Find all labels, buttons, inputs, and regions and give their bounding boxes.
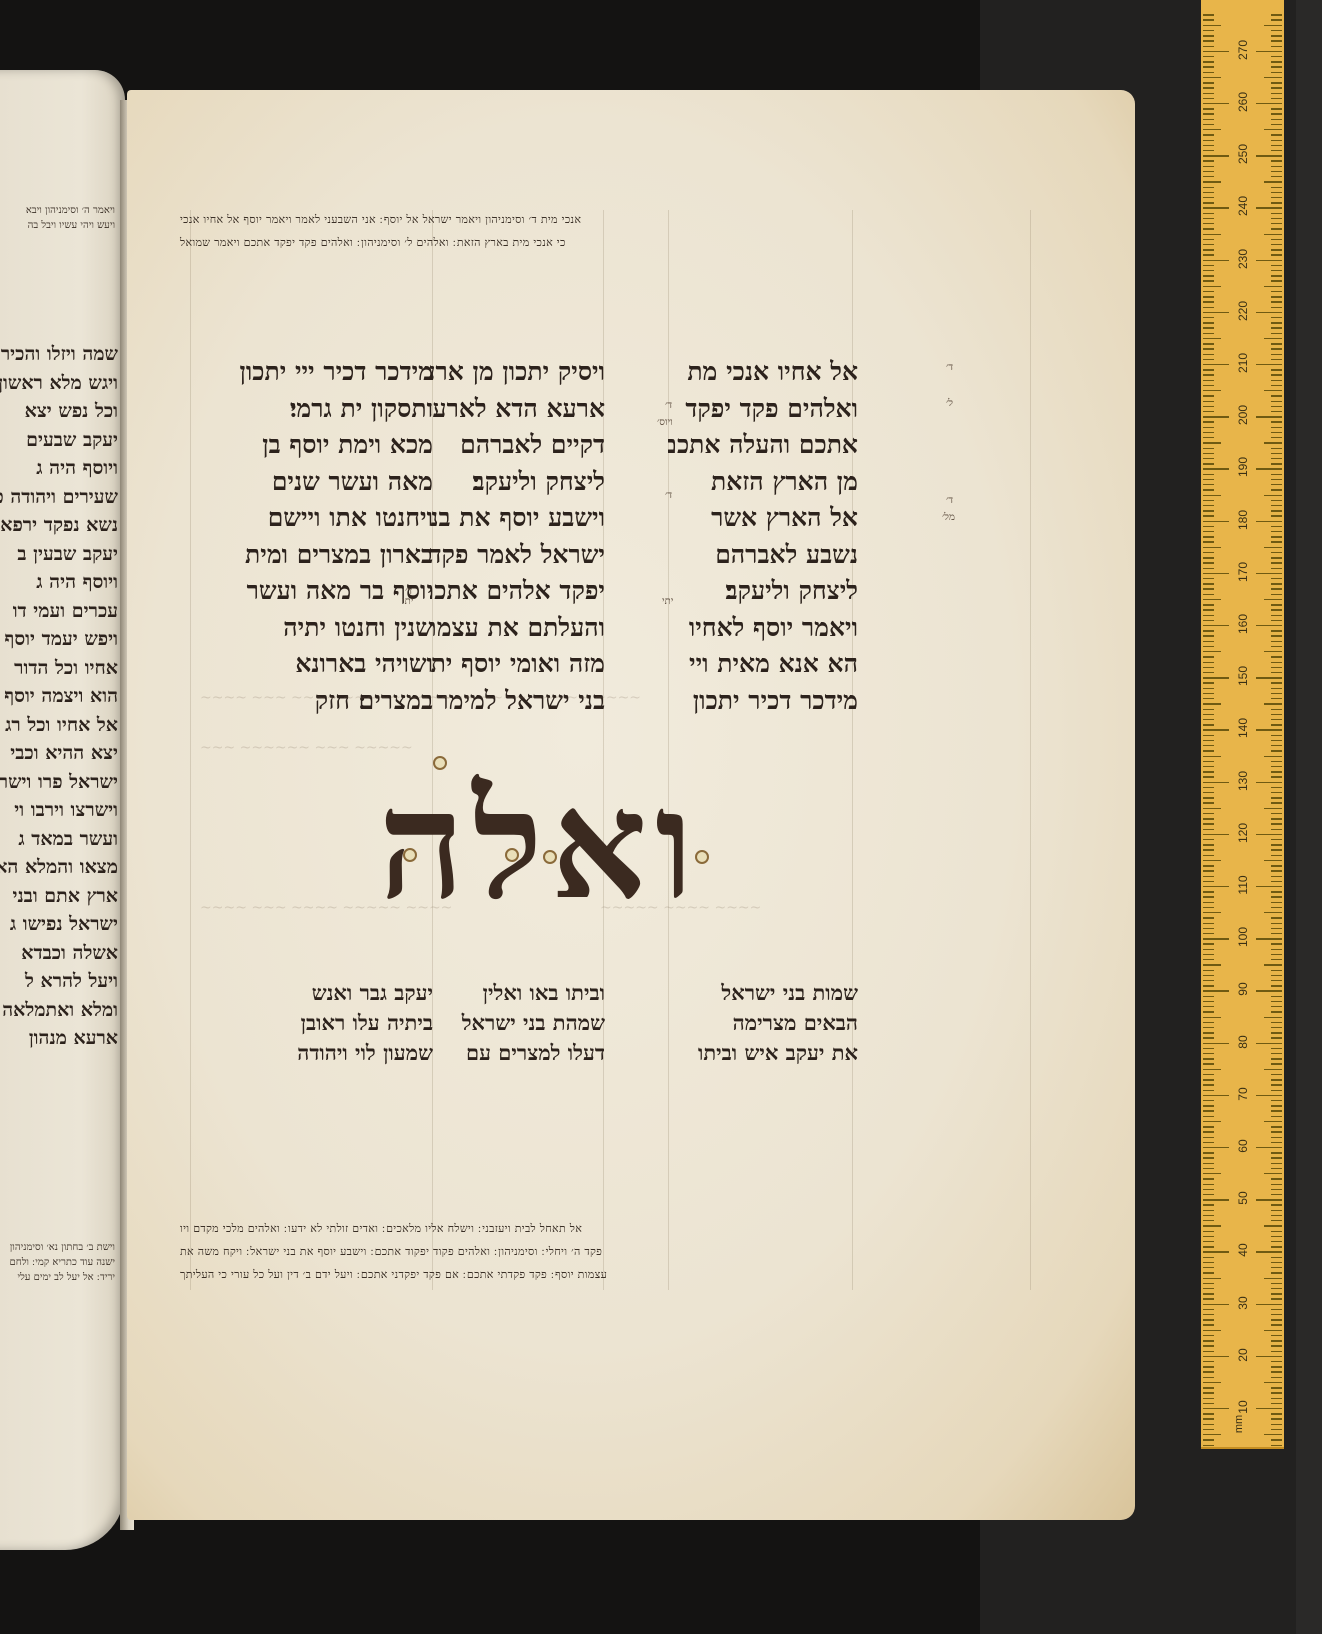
ruler-tick — [1203, 244, 1214, 245]
text-line: נשבע לאברהם — [668, 537, 858, 574]
ruler-tick — [1271, 124, 1282, 125]
ruler-tick — [1271, 1058, 1282, 1059]
ruler-tick — [1203, 1304, 1229, 1305]
ruler-tick — [1203, 844, 1214, 845]
ruler-tick — [1271, 1403, 1282, 1404]
ruler-tick — [1203, 1335, 1214, 1336]
ruler-tick — [1203, 1110, 1214, 1111]
ruler-tick — [1203, 1356, 1229, 1357]
ruler-tick — [1264, 234, 1282, 235]
text-line: אל אחיו וכל רג — [0, 711, 118, 740]
ruler-tick — [1203, 531, 1214, 532]
text-line: יוסף בר מאה ועשר — [183, 573, 433, 610]
masorah-magna-top-line: אנכי מית ד׳ וסימניהון ויאמר ישראל אל יוס… — [180, 213, 1130, 226]
text-line: אל הארץ אשר — [668, 500, 858, 537]
ruler-tick — [1271, 72, 1282, 73]
ruler-tick — [1203, 354, 1214, 355]
ruler-tick — [1203, 1236, 1214, 1237]
ruler-tick — [1271, 641, 1282, 642]
ruler-tick — [1203, 1090, 1214, 1091]
verso-masorah-line: ישנה עוד כתריא קמי ׃ ולחם — [0, 1257, 115, 1268]
ruler-tick — [1271, 1126, 1282, 1127]
ruler-tick — [1271, 30, 1282, 31]
ruler-tick — [1203, 745, 1214, 746]
ruler-tick — [1203, 1152, 1214, 1153]
text-line: ויחנטו אתו ויישם — [183, 500, 433, 537]
marginal-note: ויוס׳ — [657, 417, 673, 428]
ruler-tick — [1203, 682, 1214, 683]
ruler-tick — [1271, 1351, 1282, 1352]
ruler-tick — [1203, 239, 1214, 240]
ruler-tick — [1271, 213, 1282, 214]
ruler-tick — [1271, 667, 1282, 668]
ruler-tick — [1264, 1434, 1282, 1435]
ruler-tick — [1203, 343, 1214, 344]
ruler-tick-label: 170 — [1236, 556, 1250, 588]
ruler-tick — [1203, 1387, 1214, 1388]
text-line: ליצחק וליעקב׃ — [430, 464, 605, 501]
ruler-tick — [1203, 187, 1214, 188]
ruler-tick — [1203, 1043, 1229, 1044]
ruler-tick — [1203, 1063, 1214, 1064]
ruler-tick — [1203, 327, 1214, 328]
ruler-tick-label: 10 — [1236, 1391, 1250, 1423]
ruler-tick — [1271, 844, 1282, 845]
ruler-tick — [1203, 374, 1214, 375]
ruler-tick — [1271, 1387, 1282, 1388]
ruler-tick — [1271, 150, 1282, 151]
ruler-tick — [1203, 677, 1229, 678]
ruler-tick — [1271, 771, 1282, 772]
ruler-tick — [1264, 1278, 1282, 1279]
ruler-tick — [1203, 1231, 1214, 1232]
ruler-tick — [1203, 176, 1214, 177]
text-line: בארון במצרים ומית — [183, 537, 433, 574]
ruler-tick — [1203, 359, 1214, 360]
ruler-tick — [1203, 1392, 1214, 1393]
ruler-tick — [1271, 849, 1282, 850]
ruler-tick — [1271, 865, 1282, 866]
text-line: אשלה וכבדא — [0, 939, 118, 968]
ruler-tick — [1203, 1314, 1214, 1315]
ruling-line — [1030, 210, 1031, 1290]
ruler-tick-label: 130 — [1236, 765, 1250, 797]
text-column-upper-left: מידכר דכיר ייי יתכוןותסקון ית גרמי׃מכא ו… — [183, 354, 433, 719]
gold-dot-ornament — [403, 848, 417, 862]
ruler-tick — [1271, 108, 1282, 109]
text-line: וביתו באו ואלין — [430, 978, 605, 1008]
ruler-tick — [1271, 427, 1282, 428]
ruler-tick — [1203, 547, 1221, 548]
ruler-tick — [1203, 1267, 1214, 1268]
ruler-tick — [1203, 980, 1214, 981]
ruler-tick — [1271, 1022, 1282, 1023]
ruler-tick — [1203, 30, 1214, 31]
ruler-tick-label: 120 — [1236, 817, 1250, 849]
ruler-tick — [1271, 437, 1282, 438]
ruler-tick — [1203, 35, 1214, 36]
ruler-tick — [1256, 103, 1282, 104]
ruler-tick — [1264, 77, 1282, 78]
ruler-tick — [1203, 656, 1214, 657]
ruler-tick — [1271, 479, 1282, 480]
ruler-tick — [1203, 907, 1214, 908]
ruler-tick — [1256, 782, 1282, 783]
ruler-tick — [1203, 1418, 1214, 1419]
text-line: ארץ אתם ובני — [0, 882, 118, 911]
ruler-tick — [1271, 823, 1282, 824]
ruler-tick — [1203, 813, 1214, 814]
ruler-tick — [1271, 1293, 1282, 1294]
ruler-tick-label: 250 — [1236, 138, 1250, 170]
ruler-tick — [1271, 656, 1282, 657]
ruler-tick — [1203, 416, 1229, 417]
text-line: וישבע יוסף את בני — [430, 500, 605, 537]
ruler-tick — [1256, 886, 1282, 887]
ruler-tick — [1271, 322, 1282, 323]
ruler-tick — [1203, 479, 1214, 480]
ruler-tick — [1271, 761, 1282, 762]
ruler-tick — [1203, 296, 1214, 297]
ruler-tick — [1203, 1215, 1214, 1216]
ruler-tick — [1271, 270, 1282, 271]
ruler-tick — [1203, 223, 1214, 224]
ruler-tick — [1271, 66, 1282, 67]
ruler-tick — [1256, 729, 1282, 730]
ruler-tick — [1203, 1413, 1214, 1414]
ruler-tick — [1203, 228, 1214, 229]
ruler-tick — [1203, 495, 1221, 496]
ruler-tick — [1264, 860, 1282, 861]
ruler-tick-label: 90 — [1236, 973, 1250, 1005]
ruler-tick — [1203, 1262, 1214, 1263]
ruler-tick — [1203, 578, 1214, 579]
ruler-tick — [1203, 735, 1214, 736]
text-column-upper-middle: ויסיק יתכון מן ארעאארעא הדא לארעאדקיים ל… — [430, 354, 605, 719]
ruler-tick — [1203, 301, 1214, 302]
ruler-tick — [1264, 1017, 1282, 1018]
ruler-tick — [1271, 228, 1282, 229]
ruler-tick — [1203, 1340, 1214, 1341]
ruler-tick — [1271, 1241, 1282, 1242]
ruler-tick — [1203, 275, 1214, 276]
ruler-tick — [1271, 19, 1282, 20]
ruler-tick — [1271, 578, 1282, 579]
ruler-tick — [1271, 301, 1282, 302]
ruler-tick — [1271, 1090, 1282, 1091]
ruler-tick — [1203, 886, 1229, 887]
ruler-tick — [1271, 453, 1282, 454]
ruler-tick — [1203, 1434, 1221, 1435]
text-line: שמהת בני ישראל — [430, 1008, 605, 1038]
ruler-tick — [1271, 359, 1282, 360]
ruler-tick — [1203, 14, 1214, 15]
ruler-tick — [1271, 928, 1282, 929]
ruler-tick — [1203, 1225, 1221, 1226]
ruler-tick-label: 150 — [1236, 660, 1250, 692]
ruler-tick — [1271, 839, 1282, 840]
ruler-tick — [1264, 756, 1282, 757]
ruler-tick — [1203, 740, 1214, 741]
ruler-tick — [1271, 1314, 1282, 1315]
ruler-tick — [1271, 87, 1282, 88]
ruler-tick — [1271, 1137, 1282, 1138]
ruler-tick — [1271, 1413, 1282, 1414]
text-column-lower-left: יעקב גבר ואנשביתיה עלו ראובןשמעון לוי וי… — [183, 978, 433, 1068]
ruler-tick — [1203, 756, 1221, 757]
text-column-lower-right: שמות בני ישראלהבאים מצרימהאת יעקב איש וב… — [668, 978, 858, 1068]
ruler-tick — [1271, 787, 1282, 788]
ruler-tick — [1271, 374, 1282, 375]
ruler-tick — [1271, 401, 1282, 402]
ruler-tick — [1203, 771, 1214, 772]
ruler-tick — [1271, 1215, 1282, 1216]
ruler-tick — [1203, 1324, 1214, 1325]
ruler-tick — [1203, 421, 1214, 422]
ruler-tick — [1203, 599, 1221, 600]
ruler-tick — [1203, 938, 1229, 939]
ruler-tick — [1271, 698, 1282, 699]
ruler-tick — [1203, 703, 1221, 704]
ruler-tick — [1271, 635, 1282, 636]
ruler-tick — [1264, 390, 1282, 391]
ruler-tick — [1203, 51, 1229, 52]
ruler-tick — [1271, 943, 1282, 944]
ruler-tick — [1256, 1304, 1282, 1305]
ruler-tick — [1271, 970, 1282, 971]
ruler-tick — [1271, 119, 1282, 120]
ruler-tick — [1271, 202, 1282, 203]
ruler-tick — [1203, 234, 1221, 235]
ruler-tick — [1203, 562, 1214, 563]
text-line: ואלהים פקד יפקד — [668, 391, 858, 428]
ruler-tick — [1256, 625, 1282, 626]
ruler-tick — [1271, 1246, 1282, 1247]
text-line: יעקב גבר ואנש — [183, 978, 433, 1008]
ruler-tick — [1271, 14, 1282, 15]
ruler-tick — [1271, 166, 1282, 167]
ruler-tick — [1264, 547, 1282, 548]
ruler-tick — [1271, 891, 1282, 892]
ruler-tick — [1271, 1053, 1282, 1054]
ruler-tick — [1271, 688, 1282, 689]
ruler-tick — [1203, 552, 1214, 553]
ruler-tick — [1271, 1377, 1282, 1378]
ruler-tick — [1271, 1001, 1282, 1002]
ruler-tick — [1203, 218, 1214, 219]
ruler-tick — [1203, 1147, 1229, 1148]
ruler-tick — [1271, 1027, 1282, 1028]
text-line: מכא וימת יוסף בן — [183, 427, 433, 464]
text-line: דקיים לאברהם — [430, 427, 605, 464]
ruler-tick — [1271, 1445, 1282, 1446]
ruler-tick — [1271, 275, 1282, 276]
ruler-tick — [1203, 432, 1214, 433]
ruler-tick — [1264, 1121, 1282, 1122]
ruler-tick — [1271, 176, 1282, 177]
text-line: אחיו וכל הדור — [0, 654, 118, 683]
ruler-tick — [1271, 1100, 1282, 1101]
ruler-tick — [1203, 620, 1214, 621]
ruler-tick-label: 20 — [1236, 1339, 1250, 1371]
ruler-tick — [1203, 766, 1214, 767]
ruler-tick — [1203, 129, 1221, 130]
text-line: שמות בני ישראל — [668, 978, 858, 1008]
ruler-tick — [1271, 792, 1282, 793]
ruler-tick — [1203, 380, 1214, 381]
ruler-tick — [1203, 557, 1214, 558]
ruler-tick — [1256, 260, 1282, 261]
ruler-tick — [1203, 1293, 1214, 1294]
ruler-tick — [1271, 923, 1282, 924]
ruler-tick — [1203, 1053, 1214, 1054]
measurement-ruler: mm 1020304050607080901001101201301401501… — [1201, 0, 1284, 1449]
ruler-tick — [1271, 218, 1282, 219]
ruler-tick — [1264, 964, 1282, 965]
ruler-tick — [1203, 40, 1214, 41]
ruler-tick — [1203, 1121, 1221, 1122]
ruler-tick — [1203, 474, 1214, 475]
verso-masorah-line: ויעש ויהי עשיו ויבל בה — [0, 220, 115, 231]
background-edge-strip — [1296, 0, 1322, 1634]
ruler-tick — [1203, 521, 1229, 522]
text-line: מצאו והמלא הא — [0, 853, 118, 882]
marginal-note: יתי — [662, 596, 673, 607]
ruler-tick — [1203, 1424, 1214, 1425]
ruler-tick — [1271, 959, 1282, 960]
ruler-tick — [1256, 677, 1282, 678]
ruler-tick — [1203, 19, 1214, 20]
ruler-tick — [1203, 1131, 1214, 1132]
ruler-tick — [1256, 1408, 1282, 1409]
ruler-tick — [1271, 249, 1282, 250]
ruler-tick — [1271, 1163, 1282, 1164]
text-line: את יעקב איש וביתו — [668, 1038, 858, 1068]
ruler-tick — [1203, 265, 1214, 266]
ruler-tick — [1203, 1173, 1221, 1174]
ruler-tick — [1271, 296, 1282, 297]
ruler-tick — [1203, 463, 1214, 464]
text-line: שמעון לוי ויהודה — [183, 1038, 433, 1068]
text-line: ביתיה עלו ראובן — [183, 1008, 433, 1038]
ruler-tick — [1203, 453, 1214, 454]
ruler-tick — [1256, 1251, 1282, 1252]
ruler-tick — [1203, 1037, 1214, 1038]
ruler-tick — [1203, 1048, 1214, 1049]
ruler-tick — [1271, 1392, 1282, 1393]
ruler-tick — [1271, 489, 1282, 490]
ruler-tick — [1271, 1037, 1282, 1038]
ruler-tick — [1264, 495, 1282, 496]
ruler-tick-label: 240 — [1236, 190, 1250, 222]
text-line: ויסיק יתכון מן ארעא — [430, 354, 605, 391]
text-line: יפקד אלהים אתכם — [430, 573, 605, 610]
ruler-tick — [1256, 1147, 1282, 1148]
ruler-tick — [1203, 103, 1229, 104]
ruler-tick — [1203, 1272, 1214, 1273]
ruler-tick — [1271, 291, 1282, 292]
gold-dot-ornament — [695, 850, 709, 864]
ruler-tick — [1203, 818, 1214, 819]
ruler-tick — [1271, 813, 1282, 814]
ruler-tick-label: 30 — [1236, 1287, 1250, 1319]
ruler-tick — [1203, 594, 1214, 595]
ruler-tick — [1271, 1084, 1282, 1085]
ruler-tick — [1203, 1257, 1214, 1258]
verso-masorah-line: וישת ב׳ בחתון נא׳ וסימניהון — [0, 1242, 115, 1253]
ruler-tick — [1203, 140, 1214, 141]
text-line: דעלו למצרים עם — [430, 1038, 605, 1068]
ruler-tick — [1203, 923, 1214, 924]
ruler-tick — [1271, 265, 1282, 266]
ruler-tick — [1271, 568, 1282, 569]
ruler-tick — [1203, 954, 1214, 955]
ruler-tick — [1203, 1017, 1221, 1018]
ruler-tick — [1203, 698, 1214, 699]
ruler-tick — [1203, 406, 1214, 407]
ruler-tick — [1203, 411, 1214, 412]
ruler-tick — [1271, 714, 1282, 715]
text-line: מאה ועשר שנים — [183, 464, 433, 501]
ruler-tick — [1271, 881, 1282, 882]
ruler-tick — [1271, 552, 1282, 553]
text-column-lower-middle: וביתו באו ואליןשמהת בני ישראלדעלו למצרים… — [430, 978, 605, 1068]
ruler-tick — [1271, 693, 1282, 694]
ruler-tick — [1203, 197, 1214, 198]
text-line: מזה ואומי יוסף ית — [430, 646, 605, 683]
ruler-tick — [1271, 615, 1282, 616]
ruler-tick — [1203, 985, 1214, 986]
ruler-tick — [1256, 1199, 1282, 1200]
ruler-tick — [1271, 187, 1282, 188]
ruler-tick — [1203, 1011, 1214, 1012]
gold-dot-ornament — [433, 756, 447, 770]
text-line: שמה ויזלו והכיר — [0, 340, 118, 369]
ruler-tick-label: 80 — [1236, 1026, 1250, 1058]
gold-dot-ornament — [543, 850, 557, 864]
text-column-upper-right: אל אחיו אנכי מתואלהים פקד יפקדאתכם והעלה… — [668, 354, 858, 719]
ruler-tick — [1203, 970, 1214, 971]
ruler-tick — [1203, 896, 1214, 897]
ruler-tick — [1203, 902, 1214, 903]
gold-dot-ornament — [505, 848, 519, 862]
ruler-tick — [1203, 761, 1214, 762]
verso-text-column: שמה ויזלו והכירויגש מלא ראשוןוכל נפש יצא… — [0, 340, 118, 1053]
text-line: ליצחק וליעקב׃ — [668, 573, 858, 610]
text-line: ישראל נפישו ג — [0, 910, 118, 939]
ruler-tick — [1271, 1345, 1282, 1346]
ruler-tick — [1271, 354, 1282, 355]
ruler-tick — [1203, 254, 1214, 255]
ruler-tick — [1271, 870, 1282, 871]
ruler-tick — [1203, 364, 1229, 365]
ruler-tick — [1203, 975, 1214, 976]
ruler-tick — [1271, 954, 1282, 955]
ruler-tick — [1271, 1220, 1282, 1221]
ruler-tick-label: 110 — [1236, 869, 1250, 901]
ruler-tick — [1264, 1382, 1282, 1383]
ruler-tick — [1203, 641, 1214, 642]
text-line: נשא נפקד ירפא — [0, 511, 118, 540]
ruler-tick — [1271, 1429, 1282, 1430]
ruler-tick — [1264, 651, 1282, 652]
ruler-tick — [1203, 724, 1214, 725]
ruler-tick — [1271, 317, 1282, 318]
ruler-tick — [1203, 1251, 1229, 1252]
text-line: ויוסף היה ג — [0, 568, 118, 597]
ruler-tick — [1271, 646, 1282, 647]
text-line: ויגש מלא ראשון — [0, 369, 118, 398]
